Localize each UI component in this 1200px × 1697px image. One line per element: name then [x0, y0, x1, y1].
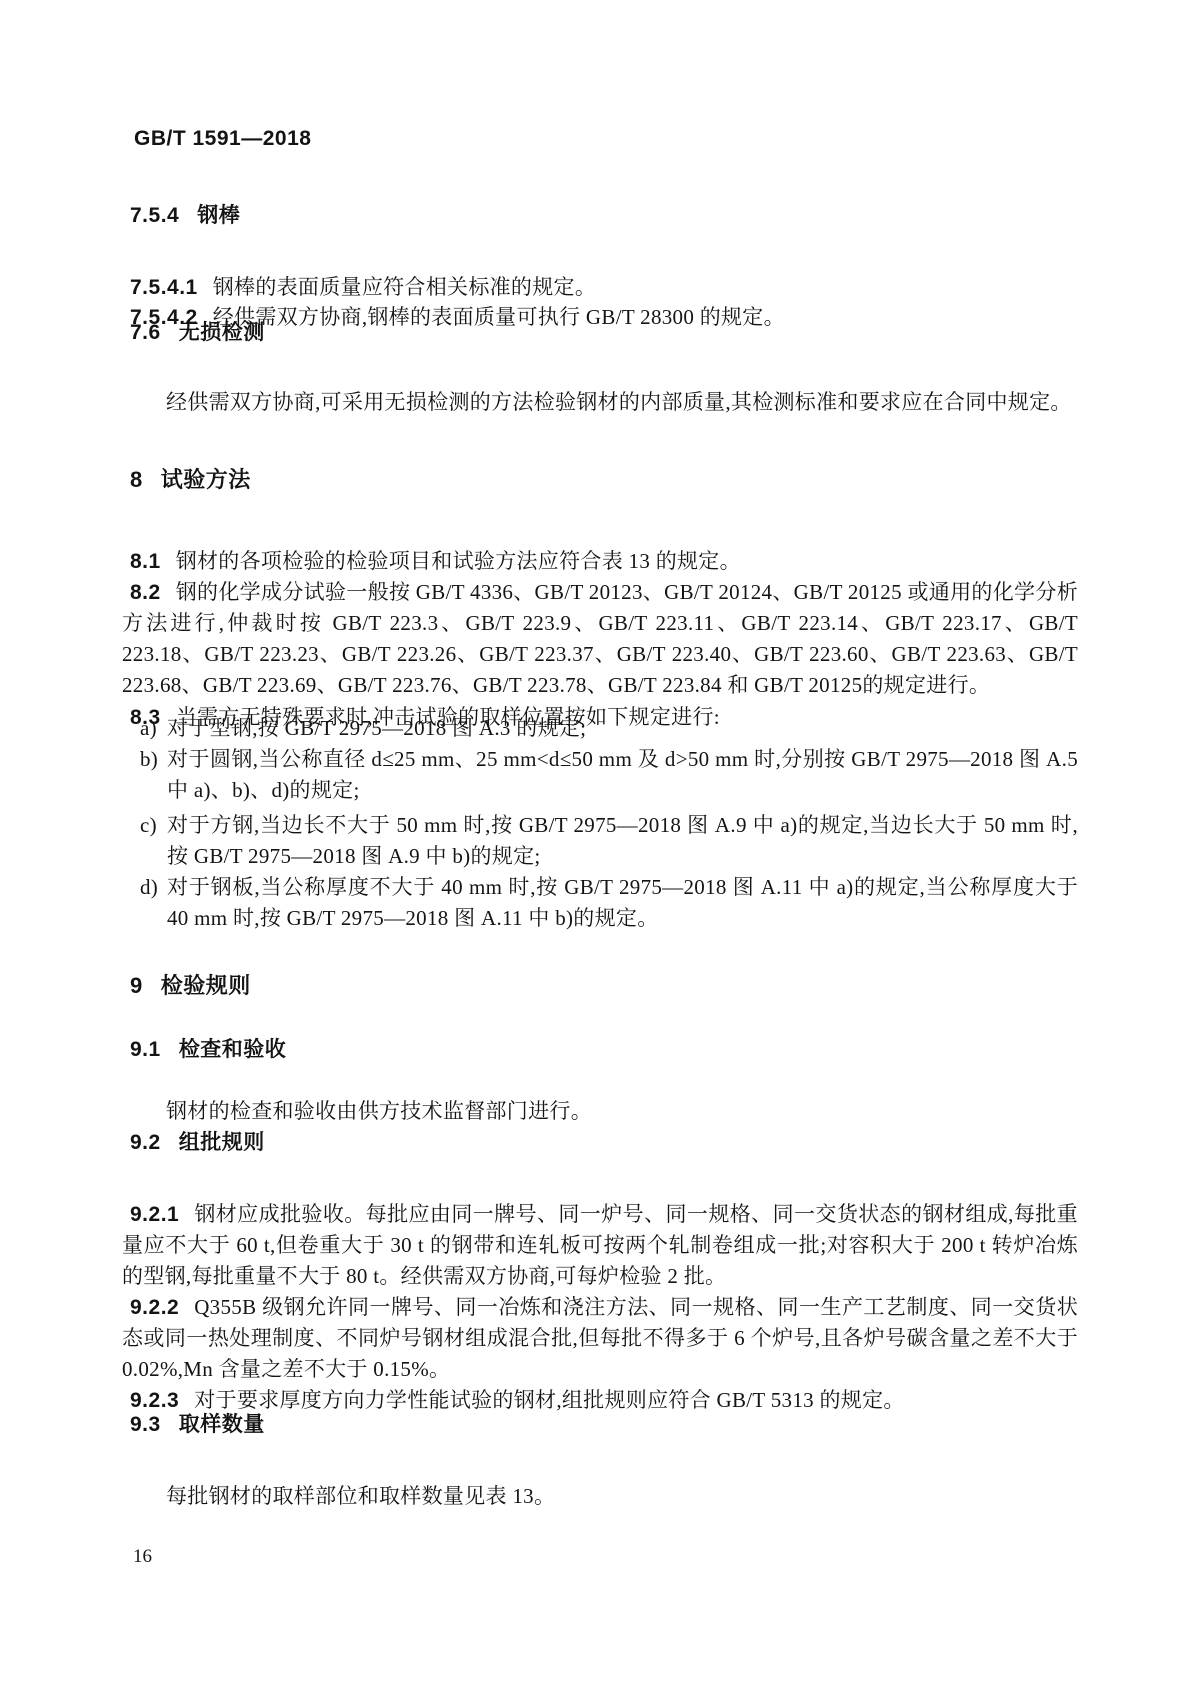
clause-number: 7.5.4.1 [130, 276, 198, 299]
clause-9-2-2: 9.2.2Q355B 级钢允许同一牌号、同一冶炼和浇注方法、同一规格、同一生产工… [122, 1292, 1078, 1385]
clause-7-5-4-2: 7.5.4.2经供需双方协商,钢棒的表面质量可执行 GB/T 28300 的规定… [122, 302, 1078, 333]
clause-8-2: 8.2钢的化学成分试验一般按 GB/T 4336、GB/T 20123、GB/T… [122, 577, 1078, 701]
clause-text: 钢材的各项检验的检验项目和试验方法应符合表 13 的规定。 [176, 549, 741, 573]
paragraph-7-6: 经供需双方协商,可采用无损检测的方法检验钢材的内部质量,其检测标准和要求应在合同… [122, 387, 1078, 418]
list-marker: c) [140, 810, 157, 841]
page-number: 16 [133, 1546, 152, 1568]
paragraph-9-1: 钢材的检查和验收由供方技术监督部门进行。 [122, 1096, 1078, 1127]
list-item-d: d)对于钢板,当公称厚度不大于 40 mm 时,按 GB/T 2975—2018… [122, 872, 1078, 934]
document-number-header: GB/T 1591—2018 [134, 127, 311, 151]
clause-text: 钢棒的表面质量应符合相关标准的规定。 [213, 275, 596, 299]
clause-text: 钢的化学成分试验一般按 GB/T 4336、GB/T 20123、GB/T 20… [122, 580, 1078, 697]
heading-number: 7.5.4 [130, 204, 179, 227]
heading-9-1: 9.1检查和验收 [130, 1037, 286, 1062]
list-text: 对于型钢,按 GB/T 2975—2018 图 A.3 的规定; [167, 716, 586, 740]
heading-8: 8试验方法 [130, 467, 251, 492]
heading-title: 组批规则 [179, 1131, 265, 1154]
list-text: 对于方钢,当边长不大于 50 mm 时,按 GB/T 2975—2018 图 A… [167, 813, 1078, 868]
heading-title: 钢棒 [197, 204, 240, 227]
list-item-a: a)对于型钢,按 GB/T 2975—2018 图 A.3 的规定; [122, 713, 1078, 744]
clause-number: 9.2.3 [130, 1389, 179, 1412]
clause-text: 对于要求厚度方向力学性能试验的钢材,组批规则应符合 GB/T 5313 的规定。 [194, 1388, 904, 1412]
clause-text: 钢材应成批验收。每批应由同一牌号、同一炉号、同一规格、同一交货状态的钢材组成,每… [122, 1202, 1078, 1288]
list-text: 对于钢板,当公称厚度不大于 40 mm 时,按 GB/T 2975—2018 图… [167, 875, 1078, 930]
list-text: 对于圆钢,当公称直径 d≤25 mm、25 mm<d≤50 mm 及 d>50 … [167, 747, 1078, 802]
heading-number: 9.3 [130, 1413, 161, 1436]
list-item-b: b)对于圆钢,当公称直径 d≤25 mm、25 mm<d≤50 mm 及 d>5… [122, 744, 1078, 806]
clause-7-5-4-1: 7.5.4.1钢棒的表面质量应符合相关标准的规定。 [122, 272, 1078, 303]
list-marker: b) [140, 744, 158, 775]
document-page: GB/T 1591—2018 7.5.4钢棒 7.5.4.1钢棒的表面质量应符合… [0, 0, 1200, 1697]
list-marker: d) [140, 872, 158, 903]
heading-number: 9.2 [130, 1131, 161, 1154]
heading-number: 8 [130, 467, 143, 492]
heading-7-5-4: 7.5.4钢棒 [130, 203, 240, 228]
heading-title: 检查和验收 [179, 1038, 287, 1061]
clause-8-1: 8.1钢材的各项检验的检验项目和试验方法应符合表 13 的规定。 [122, 546, 1078, 577]
heading-title: 检验规则 [161, 973, 251, 998]
heading-9-3: 9.3取样数量 [130, 1412, 265, 1437]
clause-number: 8.1 [130, 550, 161, 573]
clause-number: 9.2.1 [130, 1203, 179, 1226]
heading-7-6: 7.6无损检测 [130, 320, 265, 345]
paragraph-9-3: 每批钢材的取样部位和取样数量见表 13。 [122, 1481, 1078, 1512]
clause-9-2-3: 9.2.3对于要求厚度方向力学性能试验的钢材,组批规则应符合 GB/T 5313… [122, 1385, 1078, 1416]
clause-number: 9.2.2 [130, 1296, 179, 1319]
heading-number: 7.6 [130, 321, 161, 344]
heading-number: 9.1 [130, 1038, 161, 1061]
list-marker: a) [140, 713, 157, 744]
clause-number: 8.2 [130, 581, 161, 604]
heading-9: 9检验规则 [130, 973, 251, 998]
heading-title: 试验方法 [161, 467, 251, 492]
heading-title: 取样数量 [179, 1413, 265, 1436]
clause-9-2-1: 9.2.1钢材应成批验收。每批应由同一牌号、同一炉号、同一规格、同一交货状态的钢… [122, 1199, 1078, 1292]
heading-number: 9 [130, 973, 143, 998]
list-item-c: c)对于方钢,当边长不大于 50 mm 时,按 GB/T 2975—2018 图… [122, 810, 1078, 872]
heading-9-2: 9.2组批规则 [130, 1130, 265, 1155]
clause-text: 经供需双方协商,钢棒的表面质量可执行 GB/T 28300 的规定。 [213, 305, 785, 329]
heading-title: 无损检测 [179, 321, 265, 344]
clause-text: Q355B 级钢允许同一牌号、同一冶炼和浇注方法、同一规格、同一生产工艺制度、同… [122, 1295, 1078, 1381]
